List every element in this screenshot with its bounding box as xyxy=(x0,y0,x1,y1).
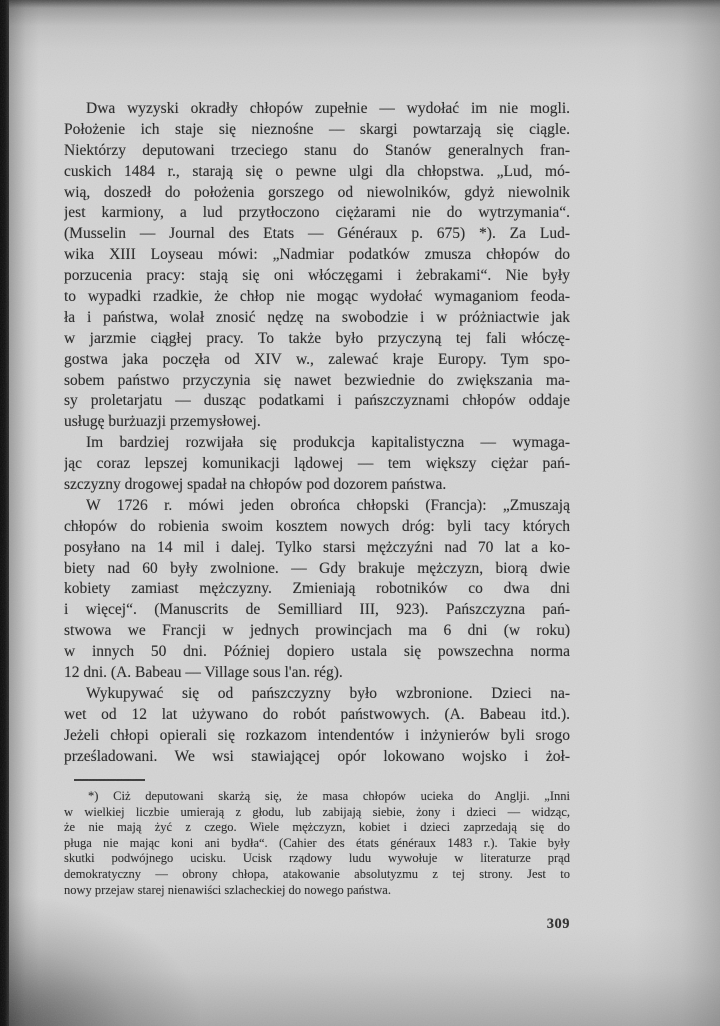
footnote-block: *) Ciż deputowani skarżą się, że masa ch… xyxy=(64,789,570,898)
text-line: (Musselin — Journal des Etats — Généraux… xyxy=(64,224,570,245)
footnote-line: że nie mają żyć z czego. Wiele mężczyzn,… xyxy=(64,820,570,836)
footnote-line: *) Ciż deputowani skarżą się, że masa ch… xyxy=(64,789,570,805)
text-line: szczyzny drogowej spadał na chłopów pod … xyxy=(64,475,570,496)
text-line: Jeżeli chłopi opierali się rozkazom inte… xyxy=(64,726,570,747)
text-line: cuskich 1484 r., starają się o pewne ulg… xyxy=(64,162,570,183)
text-line: prześladowani. We wsi stawiającej opór l… xyxy=(64,747,570,768)
footnote-line: w wielkiej liczbie umierają z głodu, lub… xyxy=(64,805,570,821)
text-line: sy proletarjatu — dusząc podatkami i pań… xyxy=(64,391,570,412)
paragraph: W 1726 r. mówi jeden obrońca chłopski (F… xyxy=(64,496,570,684)
text-line: posyłano na 14 mil i dalej. Tylko starsi… xyxy=(64,538,570,559)
footnote-line: pługa nie mając koni ani bydła“. (Cahier… xyxy=(64,836,570,852)
text-line: wika XIII Loyseau mówi: „Nadmiar podatkó… xyxy=(64,245,570,266)
text-line: chłopów do robienia swoim kosztem nowych… xyxy=(64,517,570,538)
text-line: stwowa we Francji w jednych prowincjach … xyxy=(64,621,570,642)
footnote-separator xyxy=(74,779,145,781)
paragraph: Wykupywać się od pańszczyzny było wzbron… xyxy=(64,684,570,768)
text-line: w jarzmie ciągłej pracy. To także było p… xyxy=(64,329,570,350)
text-line: Im bardziej rozwijała się produkcja kapi… xyxy=(64,433,570,454)
scan-edge-bottom xyxy=(0,926,720,1026)
scan-edge-left-bar xyxy=(0,0,9,1026)
text-line: wią, doszedł do położenia gorszego od ni… xyxy=(64,183,570,204)
text-line: gostwa jaka poczęła od XIV w., zalewać k… xyxy=(64,350,570,371)
text-line: sobem państwo przyczynia się nawet bezwi… xyxy=(64,371,570,392)
footnote-line: nowy przejaw starej nienawiści szlacheck… xyxy=(64,883,570,899)
text-line: Wykupywać się od pańszczyzny było wzbron… xyxy=(64,684,570,705)
text-line: wet od 12 lat używano do robót państwowy… xyxy=(64,705,570,726)
scan-edge-right xyxy=(635,0,720,1026)
text-line: jest karmiony, a lud przytłoczono ciężar… xyxy=(64,203,570,224)
scanned-book-page: Dwa wyzyski okradły chłopów zupełnie — w… xyxy=(0,0,720,1026)
text-line: porzucenia pracy: stają się oni włóczęga… xyxy=(64,266,570,287)
text-line: usługę burżuazji przemysłowej. xyxy=(64,412,570,433)
page-number: 309 xyxy=(64,916,570,933)
text-line: Niektórzy deputowani trzeciego stanu do … xyxy=(64,141,570,162)
text-line: jąc coraz lepszej komunikacji lądowej — … xyxy=(64,454,570,475)
text-line: Dwa wyzyski okradły chłopów zupełnie — w… xyxy=(64,99,570,120)
footnote-line: skutki podwójnego ucisku. Ucisk rządowy … xyxy=(64,851,570,867)
text-line: biety nad 60 były zwolnione. — Gdy braku… xyxy=(64,559,570,580)
paragraph: Dwa wyzyski okradły chłopów zupełnie — w… xyxy=(64,99,570,433)
text-line: W 1726 r. mówi jeden obrońca chłopski (F… xyxy=(64,496,570,517)
text-line: i więcej“. (Manuscrits de Semilliard III… xyxy=(64,600,570,621)
text-line: to wypadki rzadkie, że chłop nie mogąc w… xyxy=(64,287,570,308)
text-line: w innych 50 dni. Później dopiero ustala … xyxy=(64,642,570,663)
scan-edge-left-fade xyxy=(9,0,39,1026)
text-line: 12 dni. (A. Babeau — Village sous l'an. … xyxy=(64,663,570,684)
text-line: ła i państwa, wolał znosić nędzę na swob… xyxy=(64,308,570,329)
footnote-line: demokratyczny — obrony chłopa, atakowani… xyxy=(64,867,570,883)
text-line: kobiety zamiast mężczyzny. Zmieniają rob… xyxy=(64,579,570,600)
text-line: Położenie ich staje się nieznośne — skar… xyxy=(64,120,570,141)
body-text-block: Dwa wyzyski okradły chłopów zupełnie — w… xyxy=(64,99,570,768)
scan-edge-top xyxy=(0,0,720,90)
paragraph: Im bardziej rozwijała się produkcja kapi… xyxy=(64,433,570,496)
